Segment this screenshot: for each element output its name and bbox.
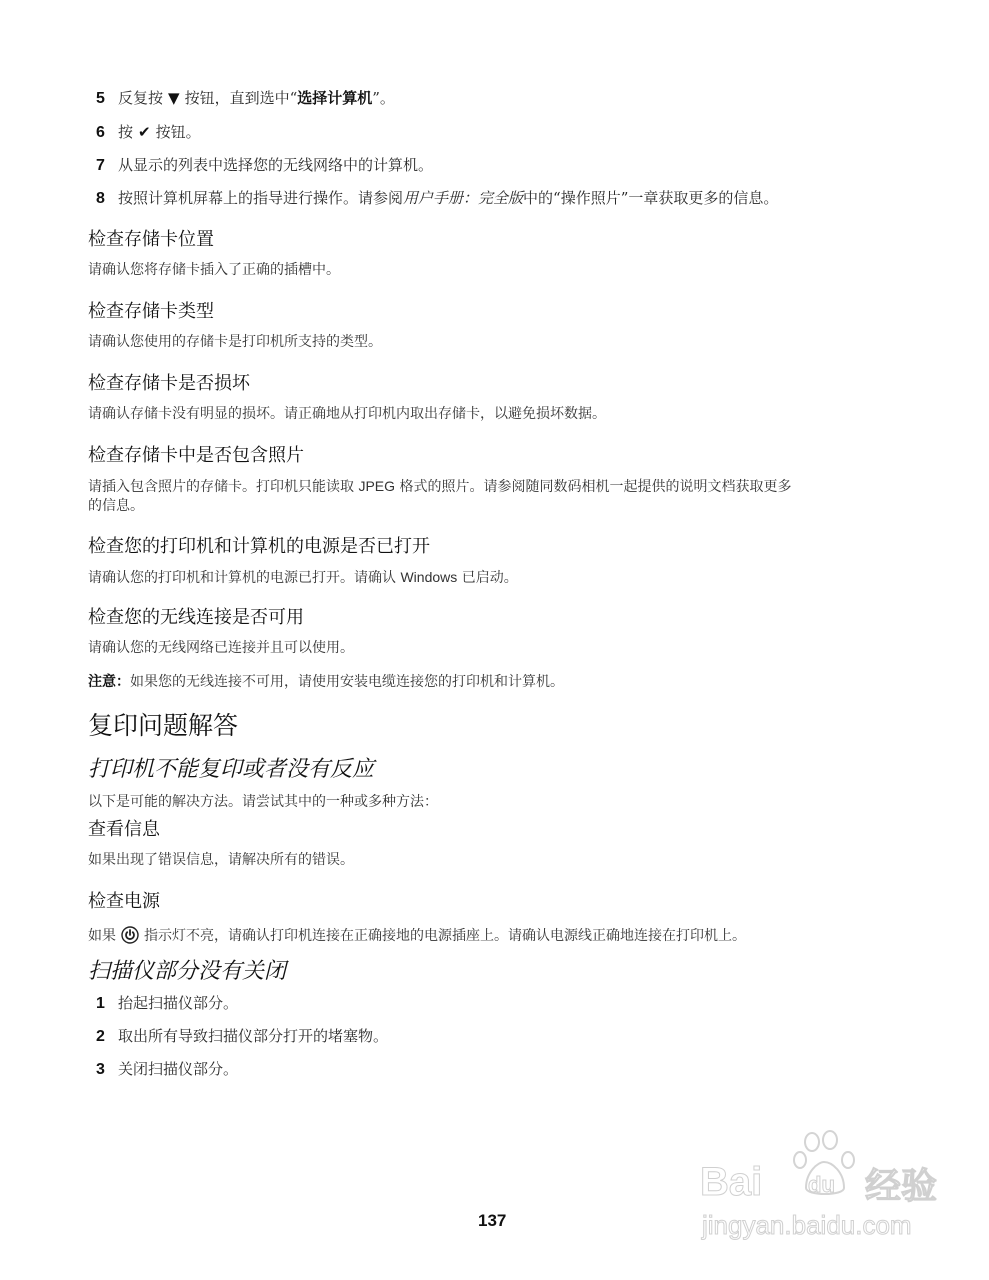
menu-option-label: 选择计算机: [297, 89, 372, 107]
section-body-continued: 的信息。: [88, 496, 144, 516]
down-arrow-icon: ▼: [168, 88, 180, 108]
chapter-title: 复印问题解答: [88, 710, 238, 742]
section-body: 请确认存储卡没有明显的损坏。请正确地从打印机内取出存储卡，以避免损坏数据。: [88, 404, 606, 424]
baidu-jingyan-watermark: Bai du 经验 jingyan.baidu.com: [700, 1130, 950, 1250]
section-title: 检查您的无线连接是否可用: [88, 606, 304, 630]
subsection-title: 打印机不能复印或者没有反应: [88, 756, 374, 784]
section-title: 检查存储卡是否损坏: [88, 372, 250, 396]
watermark-cn: 经验: [865, 1158, 937, 1209]
watermark-url: jingyan.baidu.com: [702, 1210, 912, 1241]
scanner-step-3: 3关闭扫描仪部分。: [96, 1059, 238, 1080]
subsection-intro: 以下是可能的解决方法。请尝试其中的一种或多种方法：: [88, 792, 438, 812]
section-body: 请确认您使用的存储卡是打印机所支持的类型。: [88, 332, 382, 352]
checkmark-icon: ✔: [138, 122, 151, 142]
scanner-step-2: 2取出所有导致扫描仪部分打开的堵塞物。: [96, 1026, 388, 1047]
item-body: 如果指示灯不亮，请确认打印机连接在正确接地的电源插座上。请确认电源线正确地连接在…: [88, 926, 746, 950]
section-title: 检查您的打印机和计算机的电源是否已打开: [88, 535, 430, 559]
item-title: 查看信息: [88, 818, 160, 842]
user-manual-reference: 用户手册：完全版: [403, 189, 523, 207]
step-6: 6按✔按钮。: [96, 122, 201, 143]
item-body: 如果出现了错误信息，请解决所有的错误。: [88, 850, 354, 870]
step-8: 8按照计算机屏幕上的指导进行操作。请参阅用户手册：完全版中的“操作照片”一章获取…: [96, 188, 778, 209]
section-body: 请确认您将存储卡插入了正确的插槽中。: [88, 260, 340, 280]
power-icon: [121, 926, 139, 950]
section-title: 检查存储卡类型: [88, 300, 214, 324]
step-number: 5: [96, 89, 118, 109]
section-body: 请确认您的无线网络已连接并且可以使用。: [88, 638, 354, 658]
section-title: 检查存储卡中是否包含照片: [88, 444, 304, 468]
note-label: 注意：: [88, 674, 130, 690]
watermark-brand: Bai: [700, 1160, 762, 1205]
page-number: 137: [478, 1211, 506, 1231]
step-5: 5反复按▼按钮，直到选中“选择计算机”。: [96, 88, 395, 109]
section-title: 检查存储卡位置: [88, 228, 214, 252]
subsection-title: 扫描仪部分没有关闭: [88, 958, 286, 986]
item-title: 检查电源: [88, 890, 160, 914]
note: 注意：如果您的无线连接不可用，请使用安装电缆连接您的打印机和计算机。: [88, 672, 564, 692]
watermark-brand-paw: du: [808, 1172, 835, 1198]
section-body: 请插入包含照片的存储卡。打印机只能读取 JPEG 格式的照片。请参阅随同数码相机…: [88, 476, 791, 497]
section-body: 请确认您的打印机和计算机的电源已打开。请确认 Windows 已启动。: [88, 567, 518, 588]
document-page: 5反复按▼按钮，直到选中“选择计算机”。 6按✔按钮。 7从显示的列表中选择您的…: [0, 0, 989, 1280]
scanner-step-1: 1抬起扫描仪部分。: [96, 993, 238, 1014]
step-7: 7从显示的列表中选择您的无线网络中的计算机。: [96, 155, 433, 176]
